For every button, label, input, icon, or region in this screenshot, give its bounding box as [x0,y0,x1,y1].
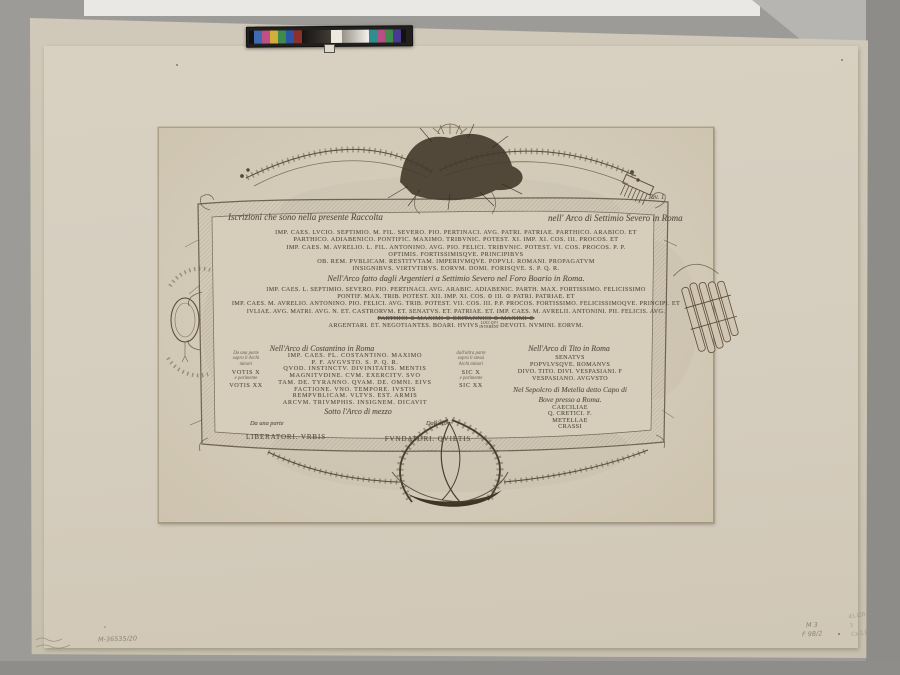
sic-margin-notes: dall'altra parte sopra li stessi Archi m… [442,351,500,389]
color-chip [294,30,302,43]
metella-inscription: CAECILIAE Q. CRETICI. F. METELLAE CRASSI [518,405,622,431]
color-chip [331,30,342,43]
inscription-line: INSIGNIBVS. VIRTVTIBVS. EORVM. DOMI. FOR… [238,265,674,272]
color-chip [393,29,401,42]
argentarii-heading: Nell'Arco fatto dagli Argentieri a Setti… [238,273,674,283]
argentarii-inscription: IMP. CAES. L. SEPTIMIO. SEVERO. PIO. PER… [222,286,690,329]
speck [104,626,106,628]
accession-number: M-36535/20 [98,634,137,643]
color-chip [401,29,406,42]
inscription-line: OB. REM. PVBLICAM. RESTITVTAM. IMPERIVMQ… [238,258,674,265]
color-chip [286,30,294,43]
color-chip [254,31,262,44]
color-chip [262,31,270,44]
plate-title-right: nell' Arco di Settimio Severo in Roma [548,213,683,223]
color-bar-tag [324,44,335,53]
pencil-scribble [34,634,96,654]
speck [841,59,843,61]
titus-heading: Nell'Arco di Tito in Roma [494,344,644,353]
color-chip [377,30,385,43]
inscription-line: VESPASIANO. AVGVSTO [502,375,638,382]
inscription-line: IVLIAE. AVG. MATRI. AVG. N. ET. CASTRORV… [222,308,690,315]
inscription-line: SENATVS [502,354,638,361]
sotto-heading: Sotto l'Arco di mezzo [292,407,424,416]
background-white-sheet-edge [84,0,760,16]
struck-inscription-line: PARTHICI ⊙ MAXIMI ⊙ BRITANNICI ⊙ MAXIMI … [222,315,690,322]
sotto-right-note: Dall'altro [426,420,451,427]
constantine-inscription: IMP. CAES. FL. COSTANTINO. MAXIMO P. F. … [254,353,456,407]
liberatori-inscription: LIBERATORI. VRBIS [238,433,334,441]
inscription-line-composite: ARGENTARI. ET. NEGOTIANTES. BOARI. HVIVS… [222,322,690,329]
inscription-line: PARTHICO. ADIABENICO. PONTIFIC. MAXIMO. … [238,236,674,243]
color-chip [385,29,393,42]
photograph-of-print: Iscrizioni che sono nella presente Racco… [0,0,900,675]
color-chip [270,30,278,43]
fundatori-inscription: FVNDATORI. QVIETIS [378,435,478,443]
corner-note-1: M 3 [806,621,818,630]
inscription-fragment: DEVOTI. NVMINI. EORVM. [500,322,583,329]
plate-title-left: Iscrizioni che sono nella presente Racco… [228,212,383,222]
sotto-left-note: Da una parte [250,420,284,427]
inscription-line: IMP. CAES. LVCIO. SEPTIMIO. M. FIL. SEVE… [238,229,674,236]
severus-inscription: IMP. CAES. LVCIO. SEPTIMIO. M. FIL. SEVE… [238,229,674,273]
titus-inscription: SENATVS POPVLVSQVE. ROMANVS DIVO. TITO. … [502,354,638,382]
color-chip [302,30,331,43]
inscription-line: IMP. CAES. L. SEPTIMIO. SEVERO. PIO. PER… [222,286,690,293]
speck [176,64,178,66]
inscription-line: DIVO. TITO. DIVI. VESPASIANI. F [502,368,638,375]
inscription-line: PONTIF. MAX. TRIB. POTEST. XII. IMP. XI.… [222,293,690,300]
color-chip [369,30,377,43]
inscription-small-stack: LOCI QVIINVEHENT [479,322,499,329]
color-chip [342,30,369,43]
inscription-line: CRASSI [518,424,622,430]
corner-note-2: F 98/2 [802,629,823,638]
inscription-fragment: ARGENTARI. ET. NEGOTIANTES. BOARI. HVIVS [329,322,479,329]
inscription-line: IMP. CAES. M. AVRELIO. ANTONINO. PIO. FE… [222,300,690,307]
inscription-line: IMP. CAES. M. AVRELIO. L. FIL. ANTONINO.… [238,244,674,251]
metella-heading: Nel Sepolcro di Metella detto Capo di Bo… [486,385,654,404]
color-chip [278,30,286,43]
background-bottom-edge [0,661,900,675]
background-right-edge [866,0,900,675]
inscription-line: ARCVM. TRIVMPHIS. INSIGNEM. DICAVIT [254,400,456,407]
speck [838,633,840,635]
plate-number-label: Tav. 1 [648,193,664,201]
color-bar-chips [249,29,410,43]
inscription-line: POPVLVSQVE. ROMANVS [502,361,638,368]
inscription-line: OPTIMIS. FORTISSIMISQVE. PRINCIPIBVS [238,251,674,258]
